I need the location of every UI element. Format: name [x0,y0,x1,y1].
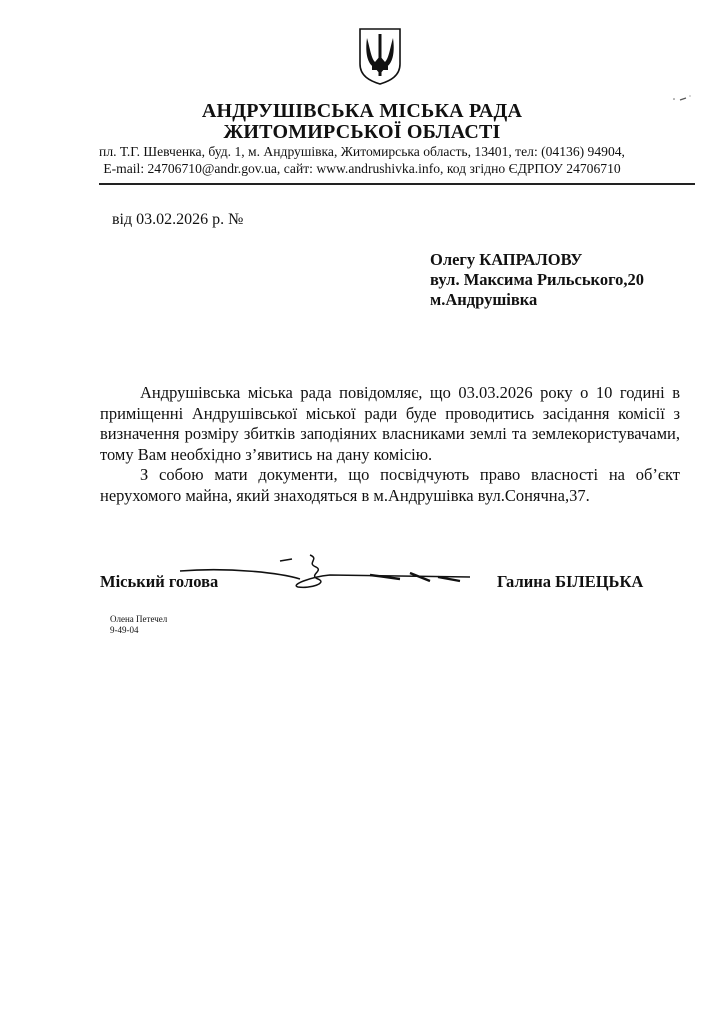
scan-artifact-icon [670,94,694,104]
contacts-line: E-mail: 24706710@andr.gov.ua, сайт: www.… [0,160,724,177]
org-name-line1: АНДРУШІВСЬКА МІСЬКА РАДА [0,101,724,122]
document-date: від 03.02.2026 р. № [112,211,243,229]
letterhead-divider [99,183,695,185]
paragraph: З собою мати документи, що посвідчують п… [100,465,680,506]
executor-name: Олена Петечел [110,614,167,625]
recipient-city: м.Андрушівка [430,290,644,310]
address-line: пл. Т.Г. Шевченка, буд. 1, м. Андрушівка… [0,143,724,160]
org-contacts: пл. Т.Г. Шевченка, буд. 1, м. Андрушівка… [0,143,724,177]
org-name-line2: ЖИТОМИРСЬКОЇ ОБЛАСТІ [0,122,724,143]
paragraph: Андрушівська міська рада повідомляє, що … [100,383,680,465]
letter-body: Андрушівська міська рада повідомляє, що … [100,383,680,506]
recipient-block: Олегу КАПРАЛОВУ вул. Максима Рильського,… [430,250,644,310]
executor-info: Олена Петечел 9-49-04 [110,614,167,636]
org-name: АНДРУШІВСЬКА МІСЬКА РАДА ЖИТОМИРСЬКОЇ ОБ… [0,101,724,143]
recipient-street: вул. Максима Рильського,20 [430,270,644,290]
recipient-name: Олегу КАПРАЛОВУ [430,250,644,270]
signatory-position: Міський голова [100,572,218,592]
executor-phone: 9-49-04 [110,625,167,636]
coat-of-arms-icon [357,26,403,86]
signatory-name: Галина БІЛЕЦЬКА [497,572,643,592]
